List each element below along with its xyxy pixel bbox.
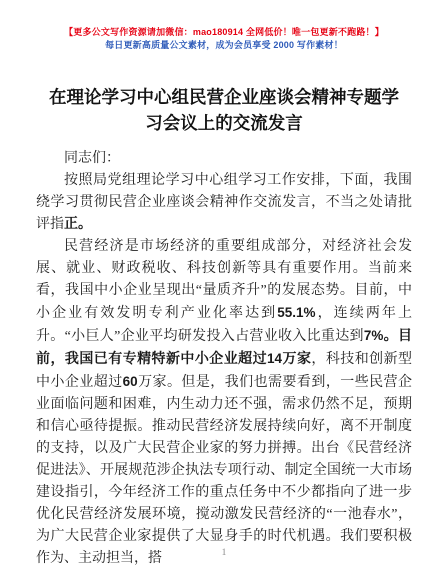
text-run: 14 bbox=[267, 351, 282, 366]
watermark-header: 【更多公文写作资源请加微信：mao180914 全网低价！唯一包更新不跑路！】 … bbox=[0, 0, 448, 51]
watermark-line-blue: 每日更新高质量公文素材，成为会员享受 2000 写作素材！ bbox=[0, 39, 448, 51]
paragraph: 民营经济是市场经济的重要组成部分，对经济社会发展、就业、财政税收、科技创新等具有… bbox=[36, 236, 412, 570]
paragraph: 同志们： bbox=[36, 148, 412, 170]
paragraph: 按照局党组理论学习中心组学习工作安排，下面，我围绕学习贯彻民营企业座谈会精神作交… bbox=[36, 170, 412, 236]
text-run: 7% bbox=[364, 328, 384, 343]
page-number: 1 bbox=[0, 548, 448, 558]
text-run: 万家 bbox=[282, 352, 311, 367]
text-run: 55.1% bbox=[277, 305, 315, 320]
text-run: 正。 bbox=[64, 217, 92, 232]
text-run: 万家。但是，我们也需要看到，一些民营企业面临问题和困难，内生动力还不强，需求仍然… bbox=[36, 375, 412, 566]
document-body: 同志们：按照局党组理论学习中心组学习工作安排，下面，我围绕学习贯彻民营企业座谈会… bbox=[0, 148, 448, 570]
document-page: 【更多公文写作资源请加微信：mao180914 全网低价！唯一包更新不跑路！】 … bbox=[0, 0, 448, 580]
text-run: 按照局党组理论学习中心组学习工作安排，下面，我围绕学习贯彻民营企业座谈会精神作交… bbox=[36, 173, 412, 232]
text-run: 60 bbox=[123, 374, 138, 389]
text-run: 同志们： bbox=[64, 151, 120, 166]
document-title: 在理论学习中心组民营企业座谈会精神专题学习会议上的交流发言 bbox=[45, 84, 403, 136]
watermark-line-red: 【更多公文写作资源请加微信：mao180914 全网低价！唯一包更新不跑路！】 bbox=[0, 26, 448, 38]
